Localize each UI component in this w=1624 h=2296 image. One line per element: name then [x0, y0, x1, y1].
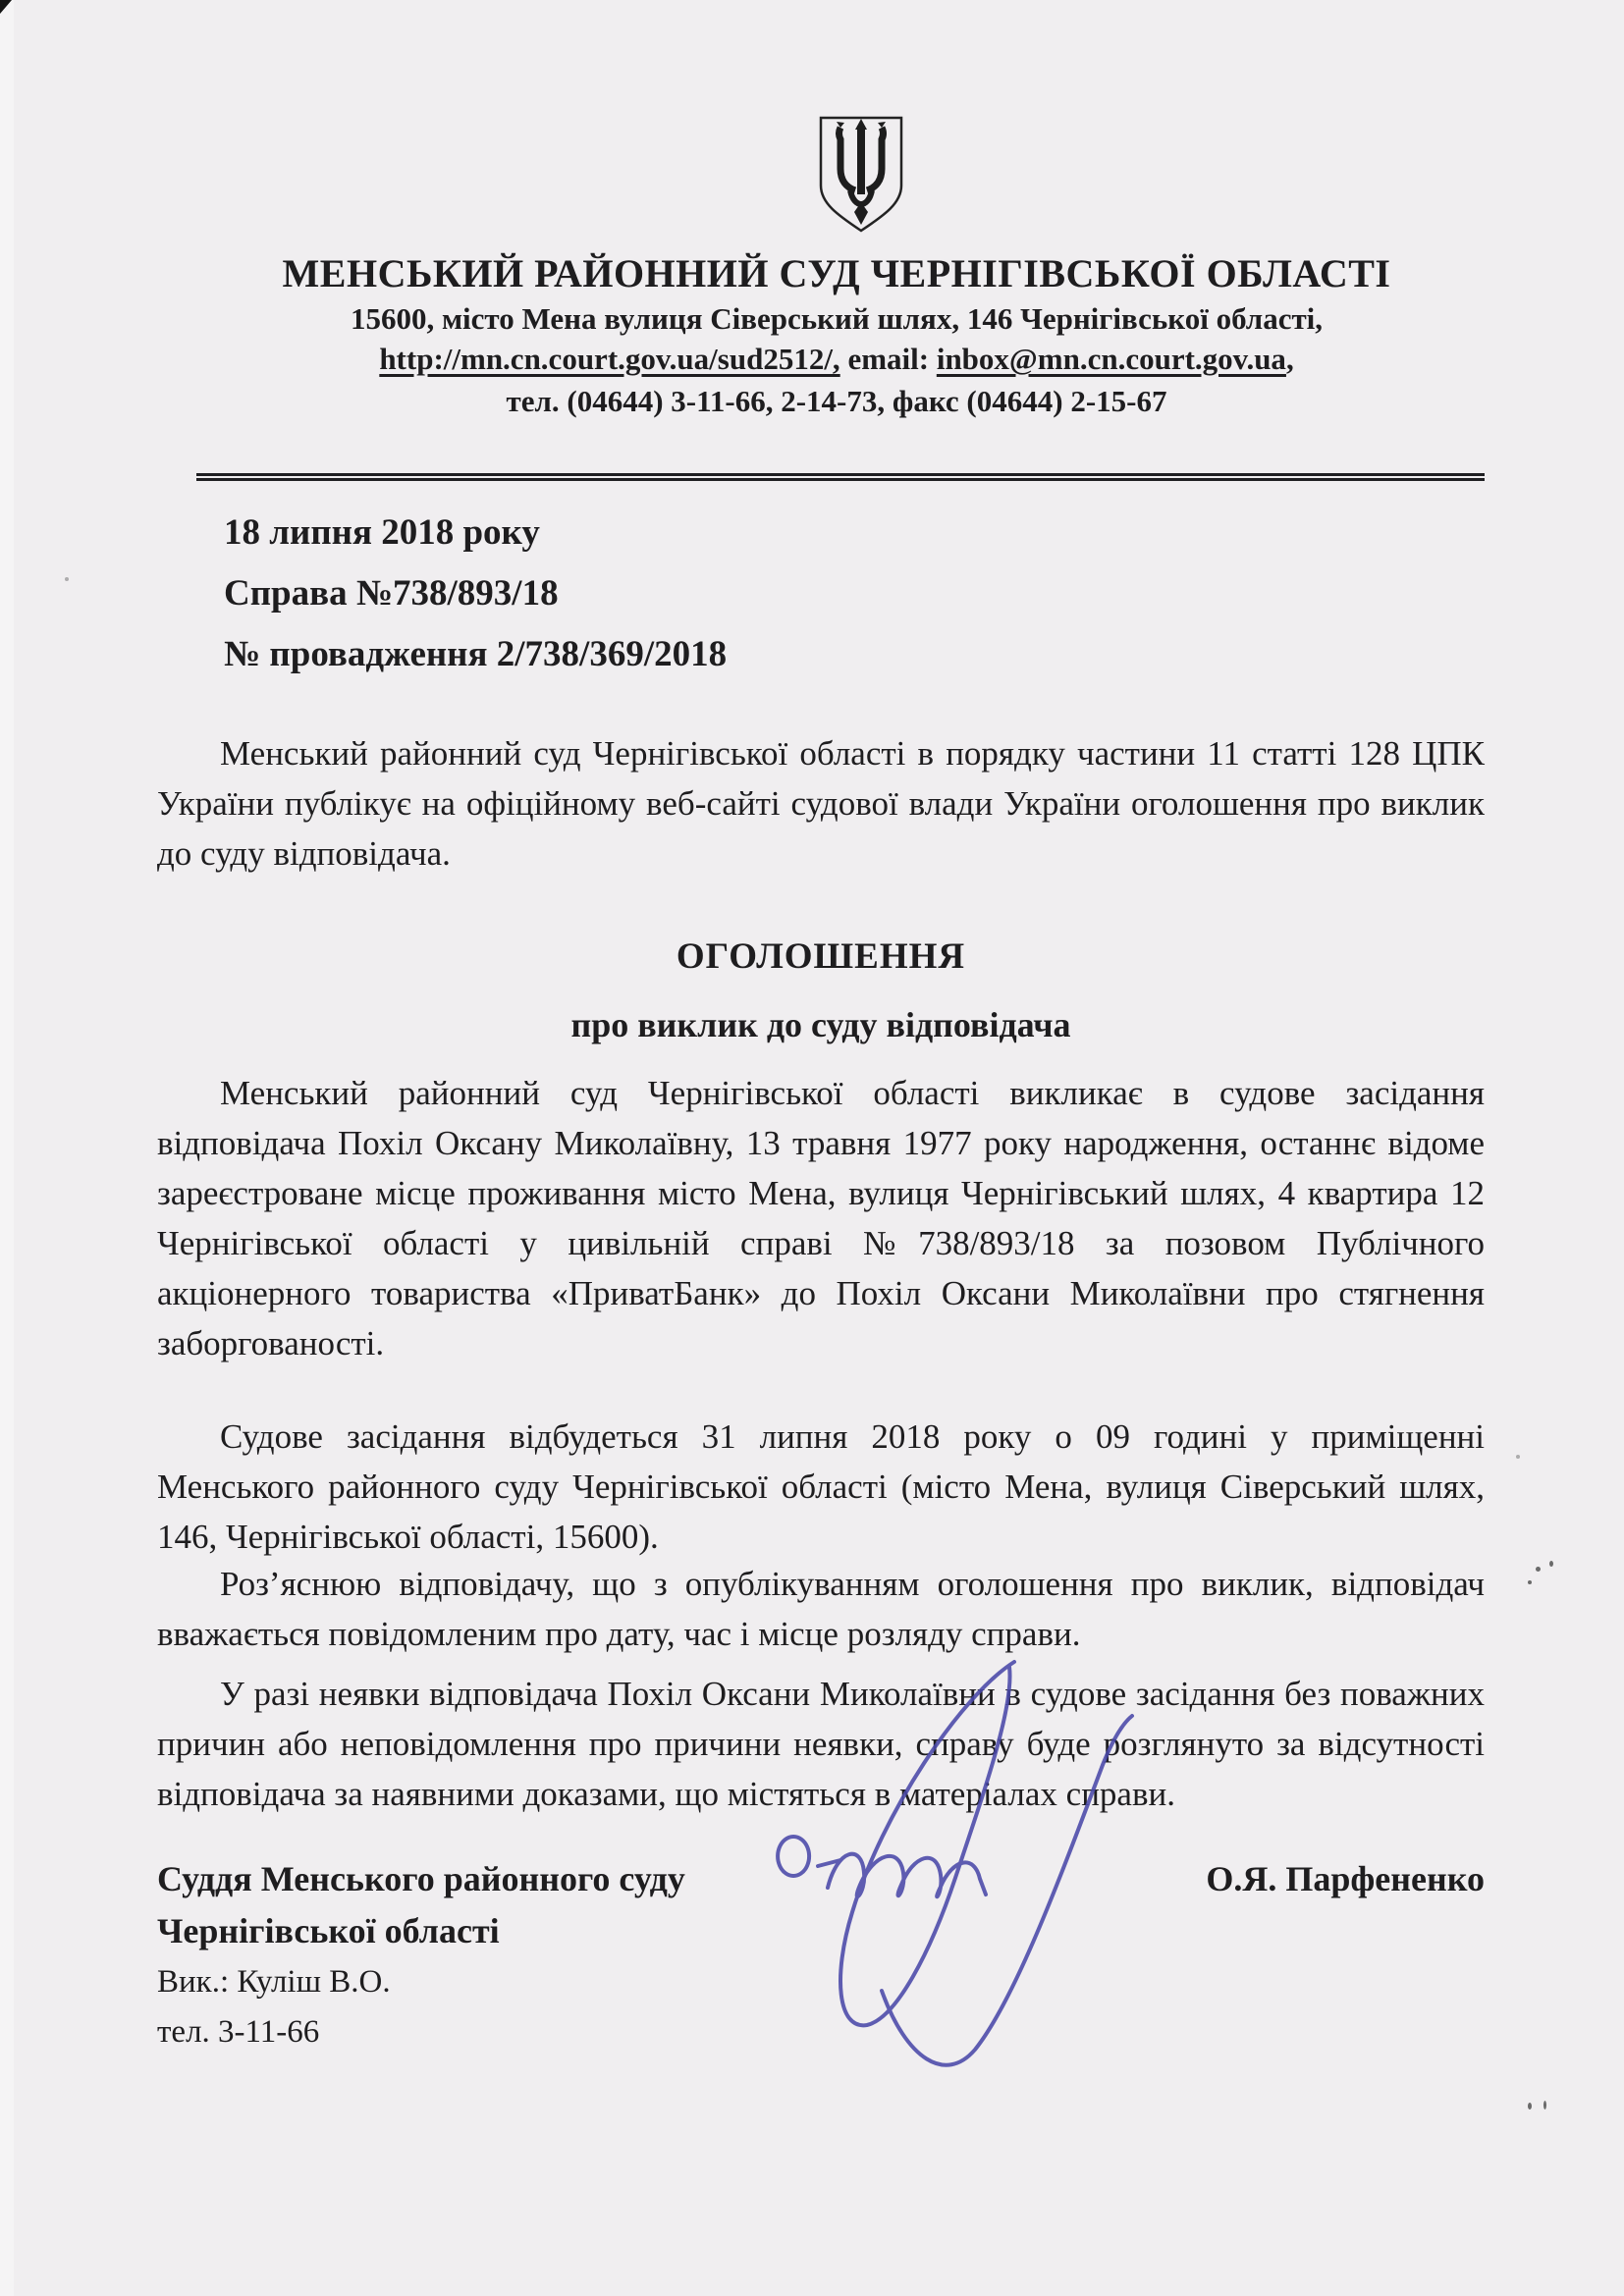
scanned-court-letter: МЕНСЬКИЙ РАЙОННИЙ СУД ЧЕРНІГІВСЬКОЇ ОБЛА…	[0, 0, 1624, 2296]
email-tail: ,	[1286, 342, 1294, 376]
case-number: Справа №738/893/18	[224, 563, 727, 624]
body-paragraph: Менський районний суд Чернігівської обла…	[157, 1068, 1485, 1368]
scan-speck	[1528, 2103, 1532, 2109]
document-date: 18 липня 2018 року	[224, 503, 727, 563]
announcement-subtitle: про виклик до суду відповідача	[157, 1001, 1485, 1048]
court-phone-line: тел. (04644) 3-11-66, 2-14-73, факс (046…	[149, 383, 1524, 420]
proceeding-number: № провадження 2/738/369/2018	[224, 624, 727, 685]
website-link: http://mn.cn.court.gov.ua/sud2512/,	[379, 342, 839, 376]
ukraine-trident-emblem-icon	[815, 114, 907, 238]
court-name: МЕНСЬКИЙ РАЙОННИЙ СУД ЧЕРНІГІВСЬКОЇ ОБЛА…	[149, 251, 1524, 296]
scan-speck	[1549, 1561, 1553, 1567]
document-meta: 18 липня 2018 року Справа №738/893/18 № …	[224, 503, 727, 685]
announcement-title: ОГОЛОШЕННЯ	[157, 933, 1485, 982]
email-link: inbox@mn.cn.court.gov.ua	[937, 342, 1286, 376]
handwritten-signature-scribble	[734, 1637, 1157, 2089]
header-divider	[196, 473, 1485, 481]
scan-speck	[65, 577, 69, 581]
scan-speck	[1543, 2101, 1546, 2109]
email-label: email:	[840, 342, 937, 376]
court-address: 15600, місто Мена вулиця Сіверський шлях…	[149, 300, 1524, 338]
body-paragraph: Судове засідання відбудеться 31 липня 20…	[157, 1412, 1485, 1562]
scan-corner-artifact	[0, 0, 12, 14]
scan-edge-strip	[0, 0, 14, 2296]
scan-speck	[1536, 1567, 1541, 1572]
intro-paragraph: Менський районний суд Чернігівської обла…	[157, 728, 1485, 879]
court-contact-line: http://mn.cn.court.gov.ua/sud2512/, emai…	[149, 340, 1524, 379]
scan-speck	[1528, 1580, 1532, 1584]
scan-speck	[1516, 1455, 1520, 1459]
